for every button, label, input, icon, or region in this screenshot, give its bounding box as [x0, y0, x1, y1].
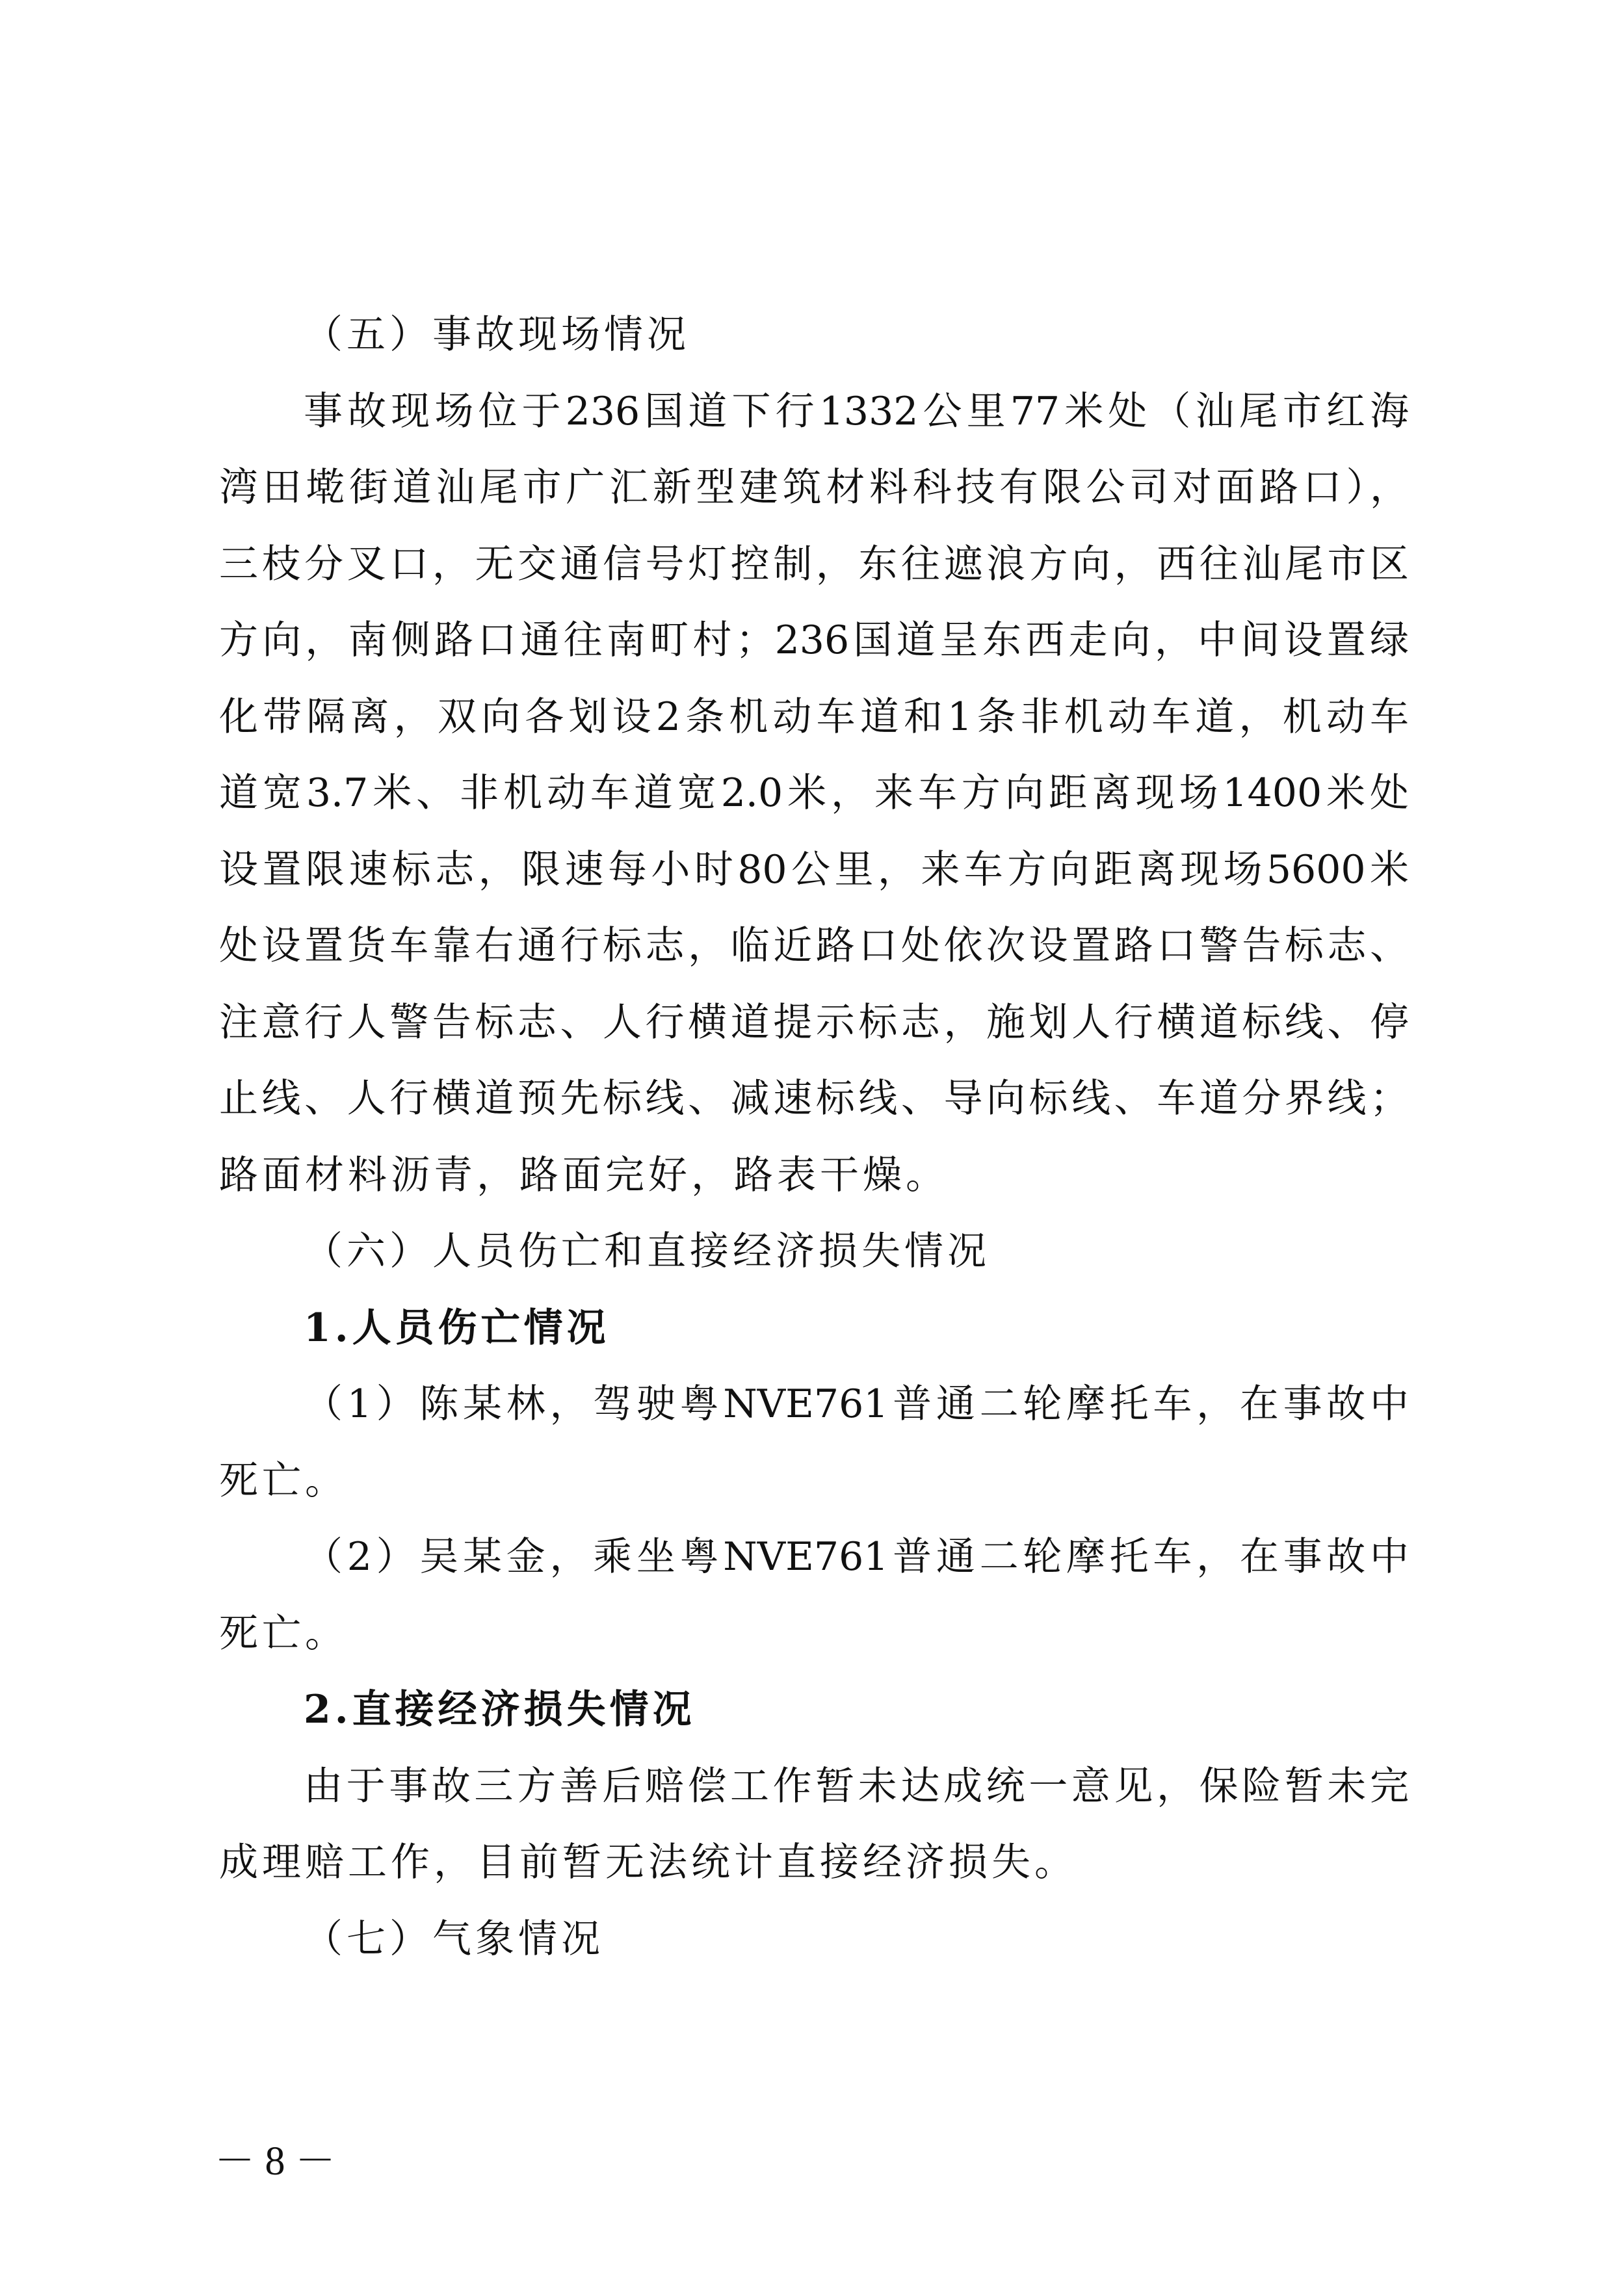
section-heading-scene: （五）事故现场情况	[304, 302, 1409, 367]
paragraph-line: 化带隔离，双向各划设2条机动车道和1条非机动车道，机动车	[219, 685, 1409, 750]
subheading-casualties: 1.人员伤亡情况	[304, 1296, 1409, 1361]
paragraph-line: 三枝分叉口，无交通信号灯控制，东往遮浪方向，西往汕尾市区	[219, 532, 1409, 597]
paragraph-line: 方向，南侧路口通往南町村；236国道呈东西走向，中间设置绿	[219, 608, 1409, 673]
paragraph-line: 由于事故三方善后赔偿工作暂未达成统一意见，保险暂未完	[304, 1754, 1409, 1819]
paragraph-line: 成理赔工作，目前暂无法统计直接经济损失。	[219, 1830, 1409, 1895]
paragraph-line: 止线、人行横道预先标线、减速标线、导向标线、车道分界线；	[219, 1066, 1409, 1131]
section-heading-weather: （七）气象情况	[304, 1907, 1409, 1972]
paragraph-line: 事故现场位于236国道下行1332公里77米处（汕尾市红海	[304, 379, 1409, 444]
paragraph-line: 死亡。	[219, 1448, 1409, 1513]
section-heading-casualties: （六）人员伤亡和直接经济损失情况	[304, 1219, 1409, 1284]
paragraph-line: 死亡。	[219, 1601, 1409, 1666]
casualty-item-1: （1）陈某林，驾驶粤NVE761普通二轮摩托车，在事故中	[304, 1372, 1409, 1437]
subheading-economic-loss: 2.直接经济损失情况	[304, 1677, 1409, 1742]
paragraph-line: 路面材料沥青，路面完好，路表干燥。	[219, 1143, 1409, 1208]
document-page: （五）事故现场情况 事故现场位于236国道下行1332公里77米处（汕尾市红海 …	[0, 0, 1613, 2296]
paragraph-line: 道宽3.7米、非机动车道宽2.0米，来车方向距离现场1400米处	[219, 761, 1409, 826]
casualty-item-2: （2）吴某金，乘坐粤NVE761普通二轮摩托车，在事故中	[304, 1524, 1409, 1589]
paragraph-line: 注意行人警告标志、人行横道提示标志，施划人行横道标线、停	[219, 990, 1409, 1055]
page-number: － 8 －	[215, 2135, 335, 2187]
paragraph-line: 湾田墘街道汕尾市广汇新型建筑材料科技有限公司对面路口），	[219, 455, 1409, 520]
paragraph-line: 处设置货车靠右通行标志，临近路口处依次设置路口警告标志、	[219, 913, 1409, 978]
paragraph-line: 设置限速标志，限速每小时80公里，来车方向距离现场5600米	[219, 837, 1409, 902]
